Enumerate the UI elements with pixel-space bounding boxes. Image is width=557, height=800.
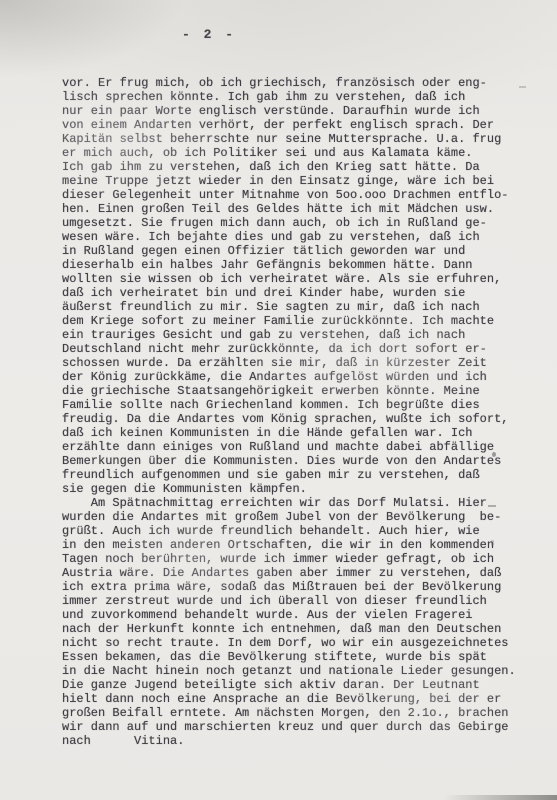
- text-line: dieserhalb ein halbes Jahr Gefängnis bek…: [62, 258, 514, 272]
- text-line: immer zerstreut wurde und ich überall vo…: [62, 594, 514, 608]
- text-line: wesen wäre. Ich bejahte dies und gab zu …: [62, 230, 514, 244]
- text-line: Die ganze Jugend beteiligte sich aktiv d…: [62, 678, 514, 692]
- text-line: freudig. Da die Andartes vom König sprac…: [62, 412, 514, 426]
- text-line: wurden die Andartes mit großem Jubel von…: [62, 510, 514, 524]
- text-line: Tagen noch berührten, wurde ich immer wi…: [62, 552, 514, 566]
- text-line: in den meisten anderen Ortschaften, die …: [62, 538, 514, 552]
- text-line: dem Kriege sofort zu meiner Familie zurü…: [62, 314, 514, 328]
- text-line: Essen bekamen, das die Bevölkerung stift…: [62, 650, 514, 664]
- text-line: meine Truppe jetzt wieder in den Einsatz…: [62, 174, 514, 188]
- text-line: er mich auch, ob ich Politiker sei und a…: [62, 146, 514, 160]
- text-line: lisch sprechen könnte. Ich gab ihm zu ve…: [62, 90, 514, 104]
- text-line: großen Beifall erntete. Am nächsten Morg…: [62, 706, 514, 720]
- text-line: ich extra prima wäre, sodaß das Mißtraue…: [62, 580, 514, 594]
- text-line: Bemerkungen über die Kommunisten. Dies w…: [62, 454, 514, 468]
- text-line: in Rußland gegen einen Offizier tätlich …: [62, 244, 514, 258]
- text-line: umgesetzt. Sie frugen mich dann auch, ob…: [62, 216, 514, 230]
- text-line: nach Vitina.: [62, 734, 514, 748]
- scan-speck: [491, 540, 494, 546]
- text-line: wollten sie wissen ob ich verheiratet wä…: [62, 272, 514, 286]
- text-line: der König zurückkäme, die Andartes aufge…: [62, 370, 514, 384]
- text-line: dieser Gelegenheit unter Mitnahme von 5o…: [62, 188, 514, 202]
- text-line: Austria wäre. Die Andartes gaben aber im…: [62, 566, 514, 580]
- text-line: hielt dann noch eine Ansprache an die Be…: [62, 692, 514, 706]
- scanned-document-page: - 2 - vor. Er frug mich, ob ich griechis…: [0, 0, 557, 800]
- text-line: hen. Einen großen Teil des Geldes hätte …: [62, 202, 514, 216]
- text-line: äußerst freundlich zu mir. Sie sagten zu…: [62, 300, 514, 314]
- text-line: ein trauriges Gesicht und gab zu versteh…: [62, 328, 514, 342]
- text-line: Familie sollte nach Griechenland kommen.…: [62, 398, 514, 412]
- text-line: wir dann auf und marschierten kreuz und …: [62, 720, 514, 734]
- text-line: sie gegen die Kommunisten kämpfen.: [62, 482, 514, 496]
- text-line: freundlich aufgenommen und sie gaben mir…: [62, 468, 514, 482]
- text-line: daß ich keinen Kommunisten in die Hände …: [62, 426, 514, 440]
- body-text: vor. Er frug mich, ob ich griechisch, fr…: [62, 76, 514, 748]
- text-line: in die Nacht hinein noch getanzt und nat…: [62, 664, 514, 678]
- text-line: Ich gab ihm zu verstehen, daß ich den Kr…: [62, 160, 514, 174]
- scan-speck: [492, 452, 496, 457]
- scan-speck: [488, 505, 496, 507]
- text-line: grüßt. Auch ich wurde freundlich behande…: [62, 524, 514, 538]
- scan-smudge: [443, 795, 557, 800]
- text-line: daß ich verheiratet bin und drei Kinder …: [62, 286, 514, 300]
- text-line: Deutschland nicht mehr zurückkönnte, da …: [62, 342, 514, 356]
- text-line: nicht so recht traute. In dem Dorf, wo w…: [62, 636, 514, 650]
- text-line: Kapitän selbst beherrschte nur seine Mut…: [62, 132, 514, 146]
- text-line: und zuvorkommend behandelt wurde. Aus de…: [62, 608, 514, 622]
- text-line: von einem Andarten verhört, der perfekt …: [62, 118, 514, 132]
- text-line: Am Spätnachmittag erreichten wir das Dor…: [62, 496, 514, 510]
- text-line: schossen wurde. Da erzählten sie mir, da…: [62, 356, 514, 370]
- scan-speck: [519, 86, 526, 88]
- text-line: die griechische Staatsangehörigkeit erwe…: [62, 384, 514, 398]
- text-line: nach der Herkunft konnte ich entnehmen, …: [62, 622, 514, 636]
- text-line: nur ein paar Worte englisch verstünde. D…: [62, 104, 514, 118]
- text-line: erzählte dann einiges von Rußland und ma…: [62, 440, 514, 454]
- text-line: vor. Er frug mich, ob ich griechisch, fr…: [62, 76, 514, 90]
- page-number: - 2 -: [182, 27, 236, 42]
